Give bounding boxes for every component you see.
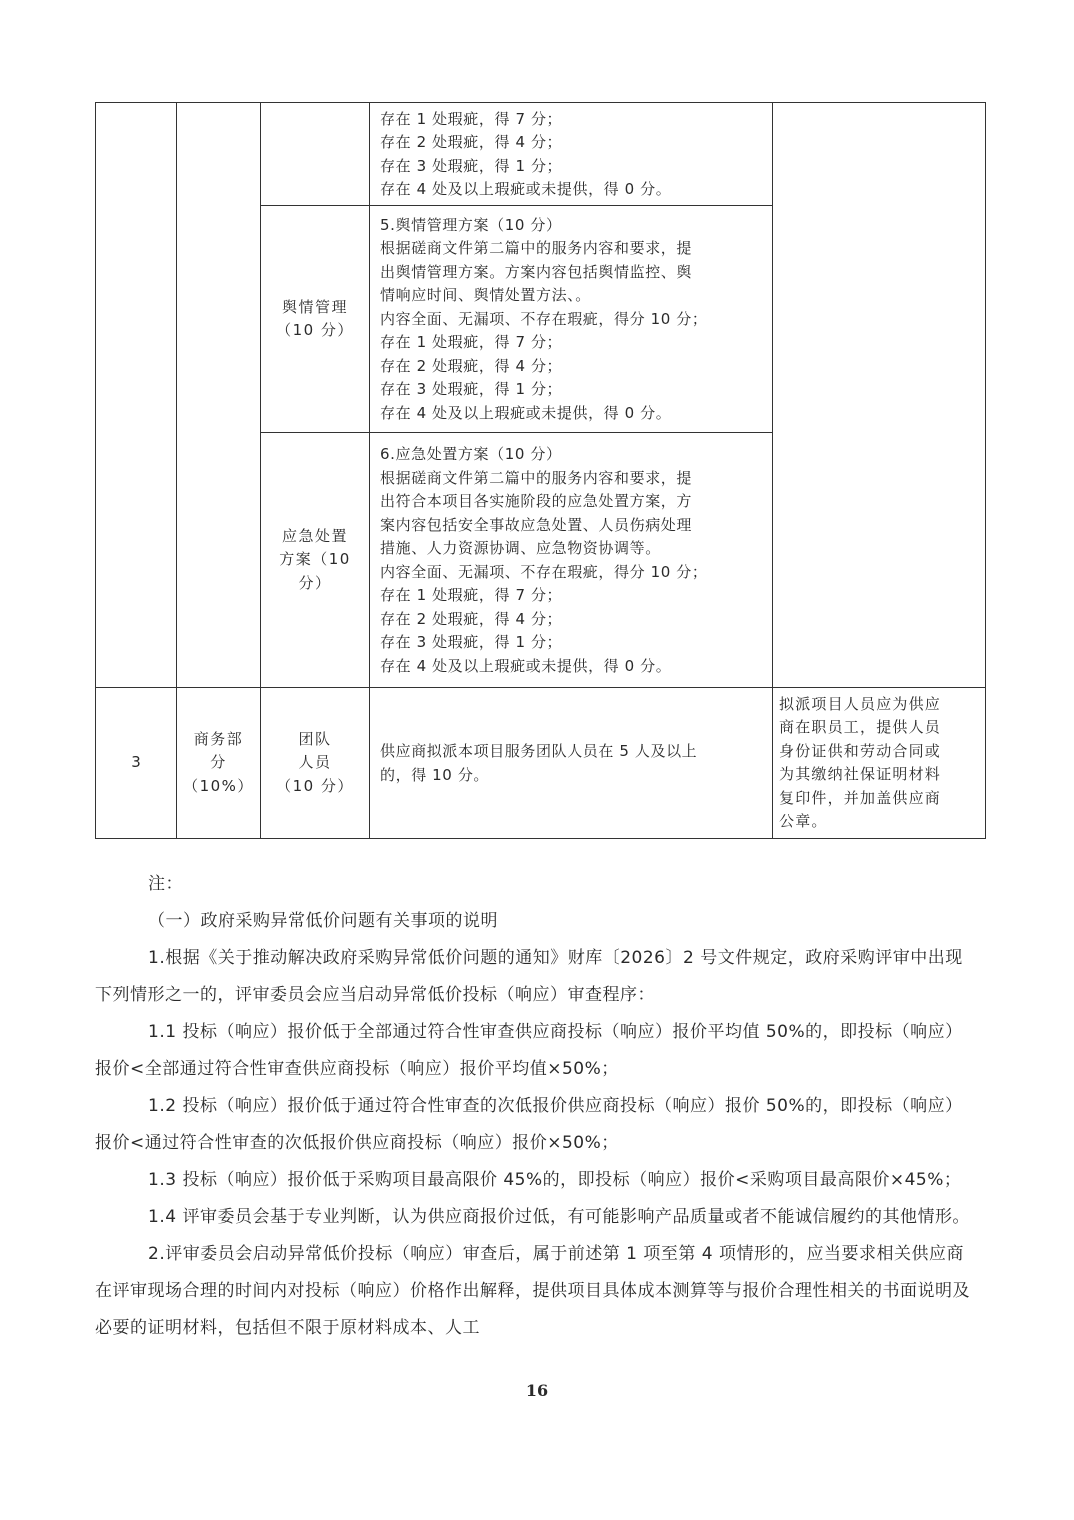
document-page: 存在 1 处瑕疵，得 7 分； 存在 2 处瑕疵，得 4 分； 存在 3 处瑕疵… — [0, 0, 1074, 1520]
remark-cell: 拟派项目人员应为供应 商在职员工，提供人员 身份证供和劳动合同或 为其缴纳社保证… — [773, 688, 986, 839]
criteria-line: 存在 2 处瑕疵，得 4 分； — [380, 355, 764, 379]
criteria-line: 存在 4 处及以上瑕疵或未提供，得 0 分。 — [380, 402, 764, 426]
criteria-line: 情响应时间、舆情处置方法、。 — [380, 284, 764, 308]
criteria-line: 存在 4 处及以上瑕疵或未提供，得 0 分。 — [380, 178, 764, 202]
criteria-cell: 供应商拟派本项目服务团队人员在 5 人及以上 的，得 10 分。 — [370, 688, 773, 839]
remark-cell — [773, 103, 986, 688]
criteria-line: 5.舆情管理方案（10 分） — [380, 214, 764, 238]
item-cell: 舆情管理 （10 分） — [261, 206, 370, 433]
notes-label: 注： — [95, 866, 980, 903]
table-row: 存在 1 处瑕疵，得 7 分； 存在 2 处瑕疵，得 4 分； 存在 3 处瑕疵… — [96, 103, 986, 206]
category-label: 商务部 — [177, 728, 260, 752]
remark-line: 公章。 — [779, 810, 979, 834]
notes-section-title: （一）政府采购异常低价问题有关事项的说明 — [95, 903, 980, 940]
criteria-line: 内容全面、无漏项、不存在瑕疵，得分 10 分； — [380, 561, 764, 585]
remark-line: 拟派项目人员应为供应 — [779, 693, 979, 717]
criteria-cell: 6.应急处置方案（10 分） 根据磋商文件第二篇中的服务内容和要求，提 出符合本… — [370, 433, 773, 688]
item-cell: 团队 人员 （10 分） — [261, 688, 370, 839]
criteria-line: 存在 3 处瑕疵，得 1 分； — [380, 155, 764, 179]
table-row: 3 商务部 分 （10%） 团队 人员 （10 分） 供应商拟派本项目服务团队人… — [96, 688, 986, 839]
criteria-line: 案内容包括安全事故应急处置、人员伤病处理 — [380, 514, 764, 538]
criteria-line: 根据磋商文件第二篇中的服务内容和要求，提 — [380, 237, 764, 261]
criteria-line: 出舆情管理方案。方案内容包括舆情监控、舆 — [380, 261, 764, 285]
notes-paragraph: 1.根据《关于推动解决政府采购异常低价问题的通知》财库〔2026〕2 号文件规定… — [95, 940, 980, 1014]
category-cell: 商务部 分 （10%） — [177, 688, 261, 839]
notes-paragraph: 2.评审委员会启动异常低价投标（响应）审查后，属于前述第 1 项至第 4 项情形… — [95, 1236, 980, 1347]
criteria-line: 根据磋商文件第二篇中的服务内容和要求，提 — [380, 467, 764, 491]
item-cell: 应急处置 方案（10 分） — [261, 433, 370, 688]
criteria-line: 存在 4 处及以上瑕疵或未提供，得 0 分。 — [380, 655, 764, 679]
item-label: 应急处置 — [261, 525, 369, 549]
criteria-line: 存在 2 处瑕疵，得 4 分； — [380, 608, 764, 632]
item-cell — [261, 103, 370, 206]
criteria-cell: 5.舆情管理方案（10 分） 根据磋商文件第二篇中的服务内容和要求，提 出舆情管… — [370, 206, 773, 433]
criteria-line: 存在 1 处瑕疵，得 7 分； — [380, 584, 764, 608]
row-number-cell — [96, 103, 177, 688]
criteria-line: 存在 3 处瑕疵，得 1 分； — [380, 378, 764, 402]
criteria-line: 存在 2 处瑕疵，得 4 分； — [380, 131, 764, 155]
criteria-line: 内容全面、无漏项、不存在瑕疵，得分 10 分； — [380, 308, 764, 332]
notes-paragraph: 1.1 投标（响应）报价低于全部通过符合性审查供应商投标（响应）报价平均值 50… — [95, 1014, 980, 1088]
row-number-cell: 3 — [96, 688, 177, 839]
category-weight: （10%） — [177, 775, 260, 799]
criteria-line: 存在 3 处瑕疵，得 1 分； — [380, 631, 764, 655]
row-number: 3 — [131, 753, 141, 771]
criteria-line: 6.应急处置方案（10 分） — [380, 443, 764, 467]
remark-line: 身份证供和劳动合同或 — [779, 740, 979, 764]
item-label: 人员 — [261, 751, 369, 775]
notes-paragraph: 1.3 投标（响应）报价低于采购项目最高限价 45%的，即投标（响应）报价<采购… — [95, 1162, 980, 1199]
remark-line: 为其缴纳社保证明材料 — [779, 763, 979, 787]
page-number: 16 — [0, 1381, 1074, 1400]
item-score: 分） — [261, 572, 369, 596]
criteria-line: 存在 1 处瑕疵，得 7 分； — [380, 331, 764, 355]
scoring-table: 存在 1 处瑕疵，得 7 分； 存在 2 处瑕疵，得 4 分； 存在 3 处瑕疵… — [95, 102, 986, 839]
criteria-line: 措施、人力资源协调、应急物资协调等。 — [380, 537, 764, 561]
criteria-cell: 存在 1 处瑕疵，得 7 分； 存在 2 处瑕疵，得 4 分； 存在 3 处瑕疵… — [370, 103, 773, 206]
category-label: 分 — [177, 751, 260, 775]
notes-section: 注： （一）政府采购异常低价问题有关事项的说明 1.根据《关于推动解决政府采购异… — [95, 866, 980, 1347]
notes-paragraph: 1.4 评审委员会基于专业判断，认为供应商报价过低，有可能影响产品质量或者不能诚… — [95, 1199, 980, 1236]
item-label: 方案（10 — [261, 548, 369, 572]
criteria-line: 存在 1 处瑕疵，得 7 分； — [380, 108, 764, 132]
criteria-line: 供应商拟派本项目服务团队人员在 5 人及以上 — [380, 740, 764, 764]
item-score: （10 分） — [261, 775, 369, 799]
criteria-line: 出符合本项目各实施阶段的应急处置方案，方 — [380, 490, 764, 514]
remark-line: 复印件，并加盖供应商 — [779, 787, 979, 811]
notes-paragraph: 1.2 投标（响应）报价低于通过符合性审查的次低报价供应商投标（响应）报价 50… — [95, 1088, 980, 1162]
item-label: 团队 — [261, 728, 369, 752]
item-label: 舆情管理 — [261, 296, 369, 320]
item-score: （10 分） — [261, 319, 369, 343]
remark-line: 商在职员工，提供人员 — [779, 716, 979, 740]
category-cell — [177, 103, 261, 688]
criteria-line: 的，得 10 分。 — [380, 764, 764, 788]
